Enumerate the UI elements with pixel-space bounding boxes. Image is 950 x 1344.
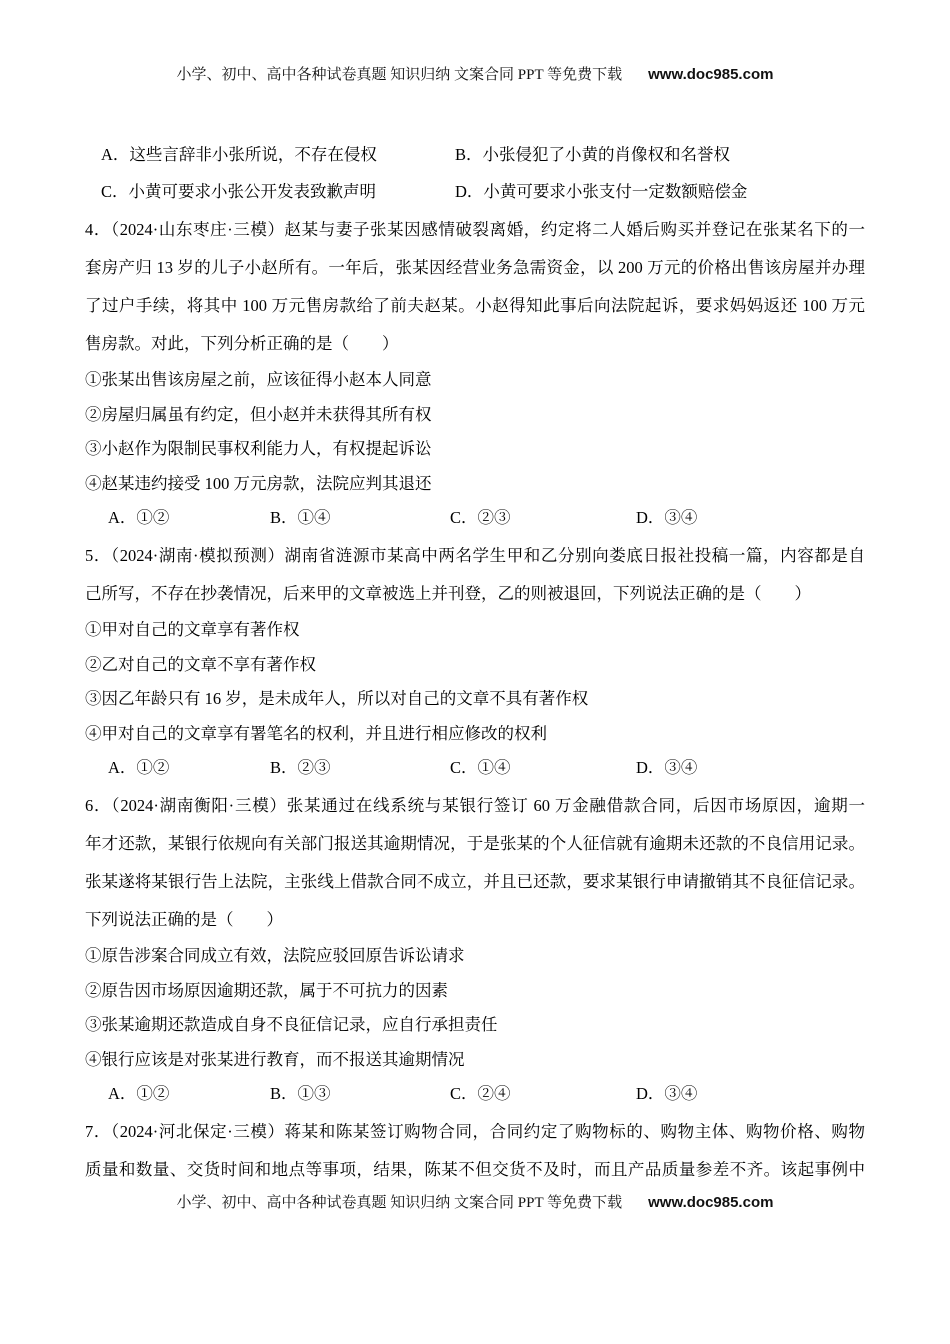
q4-stem: 4．（2024·山东枣庄·三模）赵某与妻子张某因感情破裂离婚，约定将二人婚后购买… bbox=[85, 211, 865, 363]
q7-stem: 7．（2024·河北保定·三模）蒋某和陈某签订购物合同，合同约定了购物标的、购物… bbox=[85, 1113, 865, 1189]
page-header: 小学、初中、高中各种试卷真题 知识归纳 文案合同 PPT 等免费下载www.do… bbox=[0, 65, 950, 85]
q5-option-a: A．①② bbox=[108, 751, 270, 786]
q5-item-1: ①甲对自己的文章享有著作权 bbox=[85, 613, 865, 648]
question-5: 5．（2024·湖南·模拟预测）湖南省涟源市某高中两名学生甲和乙分别向娄底日报社… bbox=[85, 537, 865, 786]
q4-stem-line-3: 了过户手续，将其中 100 万元售房款给了前夫赵某。小赵得知此事后向法院起诉，要… bbox=[85, 287, 865, 325]
q4-option-a: A．①② bbox=[108, 501, 270, 536]
q6-option-d: D．③④ bbox=[636, 1077, 865, 1112]
q3-option-b: B．小张侵犯了小黄的肖像权和名誉权 bbox=[455, 136, 865, 173]
q4-option-b: B．①④ bbox=[270, 501, 450, 536]
q6-option-b: B．①③ bbox=[270, 1077, 450, 1112]
exam-paper-page: 小学、初中、高中各种试卷真题 知识归纳 文案合同 PPT 等免费下载www.do… bbox=[0, 0, 950, 1344]
q5-option-d: D．③④ bbox=[636, 751, 865, 786]
q4-stem-line-4: 售房款。对此，下列分析正确的是（ ） bbox=[85, 325, 865, 363]
q6-item-1: ①原告涉案合同成立有效，法院应驳回原告诉讼请求 bbox=[85, 939, 865, 974]
q6-answer-options: A．①② B．①③ C．②④ D．③④ bbox=[85, 1077, 865, 1112]
question-6: 6．（2024·湖南衡阳·三模）张某通过在线系统与某银行签订 60 万金融借款合… bbox=[85, 787, 865, 1112]
q5-stem-line-2: 己所写，不存在抄袭情况，后来甲的文章被选上并刊登，乙的则被退回，下列说法正确的是… bbox=[85, 575, 865, 613]
q3-options-row-2: C．小黄可要求小张公开发表致歉声明 D．小黄可要求小张支付一定数额赔偿金 bbox=[85, 173, 865, 210]
page-footer: 小学、初中、高中各种试卷真题 知识归纳 文案合同 PPT 等免费下载www.do… bbox=[0, 1193, 950, 1213]
q6-stem-line-3: 张某遂将某银行告上法院，主张线上借款合同不成立，并且已还款，要求某银行申请撤销其… bbox=[85, 863, 865, 901]
q5-answer-options: A．①② B．②③ C．①④ D．③④ bbox=[85, 751, 865, 786]
q6-item-4: ④银行应该是对张某进行教育，而不报送其逾期情况 bbox=[85, 1043, 865, 1078]
q4-option-d: D．③④ bbox=[636, 501, 865, 536]
exam-content: A．这些言辞非小张所说，不存在侵权 B．小张侵犯了小黄的肖像权和名誉权 C．小黄… bbox=[85, 136, 865, 1189]
q5-item-3: ③因乙年龄只有 16 岁，是未成年人，所以对自己的文章不具有著作权 bbox=[85, 682, 865, 717]
q5-item-2: ②乙对自己的文章不享有著作权 bbox=[85, 648, 865, 683]
q7-stem-line-1: 7．（2024·河北保定·三模）蒋某和陈某签订购物合同，合同约定了购物标的、购物… bbox=[85, 1113, 865, 1151]
q4-answer-options: A．①② B．①④ C．②③ D．③④ bbox=[85, 501, 865, 536]
q6-option-c: C．②④ bbox=[450, 1077, 636, 1112]
q6-item-3: ③张某逾期还款造成自身不良征信记录，应自行承担责任 bbox=[85, 1008, 865, 1043]
q4-item-1: ①张某出售该房屋之前，应该征得小赵本人同意 bbox=[85, 363, 865, 398]
footer-site-link[interactable]: www.doc985.com bbox=[648, 1194, 773, 1211]
q3-option-a: A．这些言辞非小张所说，不存在侵权 bbox=[101, 136, 455, 173]
q5-stem-line-1: 5．（2024·湖南·模拟预测）湖南省涟源市某高中两名学生甲和乙分别向娄底日报社… bbox=[85, 537, 865, 575]
q6-stem-line-4: 下列说法正确的是（ ） bbox=[85, 901, 865, 939]
question-4: 4．（2024·山东枣庄·三模）赵某与妻子张某因感情破裂离婚，约定将二人婚后购买… bbox=[85, 211, 865, 536]
q7-stem-line-2: 质量和数量、交货时间和地点等事项，结果，陈某不但交货不及时，而且产品质量参差不齐… bbox=[85, 1151, 865, 1189]
footer-promo-text: 小学、初中、高中各种试卷真题 知识归纳 文案合同 PPT 等免费下载 bbox=[177, 1195, 623, 1211]
q5-stem: 5．（2024·湖南·模拟预测）湖南省涟源市某高中两名学生甲和乙分别向娄底日报社… bbox=[85, 537, 865, 613]
q6-stem-line-1: 6．（2024·湖南衡阳·三模）张某通过在线系统与某银行签订 60 万金融借款合… bbox=[85, 787, 865, 825]
q6-stem-line-2: 年才还款，某银行依规向有关部门报送其逾期情况，于是张某的个人征信就有逾期未还款的… bbox=[85, 825, 865, 863]
q6-stem: 6．（2024·湖南衡阳·三模）张某通过在线系统与某银行签订 60 万金融借款合… bbox=[85, 787, 865, 939]
q3-options-row-1: A．这些言辞非小张所说，不存在侵权 B．小张侵犯了小黄的肖像权和名誉权 bbox=[85, 136, 865, 173]
q3-option-d: D．小黄可要求小张支付一定数额赔偿金 bbox=[455, 173, 865, 210]
q3-option-c: C．小黄可要求小张公开发表致歉声明 bbox=[101, 173, 455, 210]
q5-option-b: B．②③ bbox=[270, 751, 450, 786]
q4-stem-line-1: 4．（2024·山东枣庄·三模）赵某与妻子张某因感情破裂离婚，约定将二人婚后购买… bbox=[85, 211, 865, 249]
q4-item-2: ②房屋归属虽有约定，但小赵并未获得其所有权 bbox=[85, 398, 865, 433]
q4-item-4: ④赵某违约接受 100 万元房款，法院应判其退还 bbox=[85, 467, 865, 502]
q5-item-4: ④甲对自己的文章享有署笔名的权利，并且进行相应修改的权利 bbox=[85, 717, 865, 752]
q4-stem-line-2: 套房产归 13 岁的儿子小赵所有。一年后，张某因经营业务急需资金，以 200 万… bbox=[85, 249, 865, 287]
q4-item-3: ③小赵作为限制民事权利能力人，有权提起诉讼 bbox=[85, 432, 865, 467]
question-3-options: A．这些言辞非小张所说，不存在侵权 B．小张侵犯了小黄的肖像权和名誉权 C．小黄… bbox=[85, 136, 865, 210]
question-7: 7．（2024·河北保定·三模）蒋某和陈某签订购物合同，合同约定了购物标的、购物… bbox=[85, 1113, 865, 1189]
q6-item-2: ②原告因市场原因逾期还款，属于不可抗力的因素 bbox=[85, 974, 865, 1009]
q5-option-c: C．①④ bbox=[450, 751, 636, 786]
header-site-link[interactable]: www.doc985.com bbox=[648, 66, 773, 83]
q6-option-a: A．①② bbox=[108, 1077, 270, 1112]
q4-option-c: C．②③ bbox=[450, 501, 636, 536]
header-promo-text: 小学、初中、高中各种试卷真题 知识归纳 文案合同 PPT 等免费下载 bbox=[177, 67, 623, 83]
